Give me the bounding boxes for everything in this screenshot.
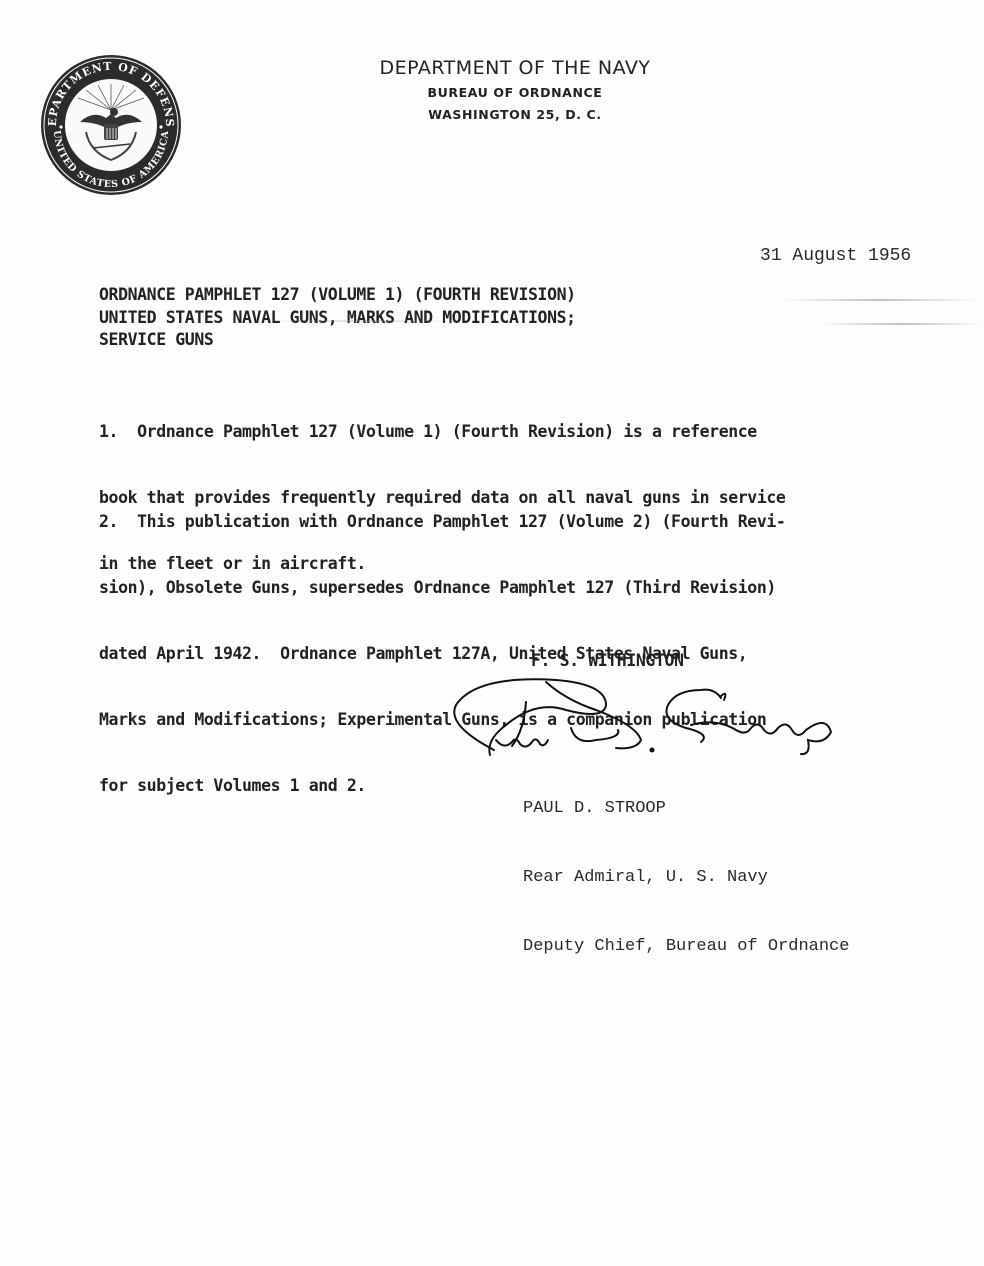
handwritten-signature-icon <box>446 670 846 760</box>
subject-block: ORDNANCE PAMPHLET 127 (VOLUME 1) (FOURTH… <box>99 284 576 352</box>
department-name: DEPARTMENT OF THE NAVY <box>300 56 730 80</box>
subject-line: UNITED STATES NAVAL GUNS, MARKS AND MODI… <box>99 307 576 330</box>
subject-line: ORDNANCE PAMPHLET 127 (VOLUME 1) (FOURTH… <box>99 284 576 307</box>
signer-block: PAUL D. STROOP Rear Admiral, U. S. Navy … <box>523 751 849 981</box>
bureau-name: BUREAU OF ORDNANCE <box>300 85 730 101</box>
letter-date: 31 August 1956 <box>760 246 911 266</box>
bureau-address: WASHINGTON 25, D. C. <box>300 107 730 123</box>
signer-name: PAUL D. STROOP <box>523 797 849 820</box>
paragraph-line: dated April 1942. Ordnance Pamphlet 127A… <box>99 643 939 665</box>
paragraph-line: sion), Obsolete Guns, supersedes Ordnanc… <box>99 577 939 599</box>
scan-artifact <box>260 320 460 322</box>
letterhead: DEPARTMENT OF THE NAVY BUREAU OF ORDNANC… <box>300 56 730 123</box>
paragraph-line: 1. Ordnance Pamphlet 127 (Volume 1) (Fou… <box>99 421 939 443</box>
dod-seal-icon: DEPARTMENT OF DEFENSE UNITED STATES OF A… <box>38 52 184 198</box>
scan-artifact <box>820 323 984 325</box>
signer-title: Deputy Chief, Bureau of Ordnance <box>523 935 849 958</box>
for-name: F. S. WITHINGTON <box>531 651 684 670</box>
subject-line: SERVICE GUNS <box>99 329 576 352</box>
scan-artifact <box>780 299 980 301</box>
signer-rank: Rear Admiral, U. S. Navy <box>523 866 849 889</box>
paragraph-line: 2. This publication with Ordnance Pamphl… <box>99 511 939 533</box>
